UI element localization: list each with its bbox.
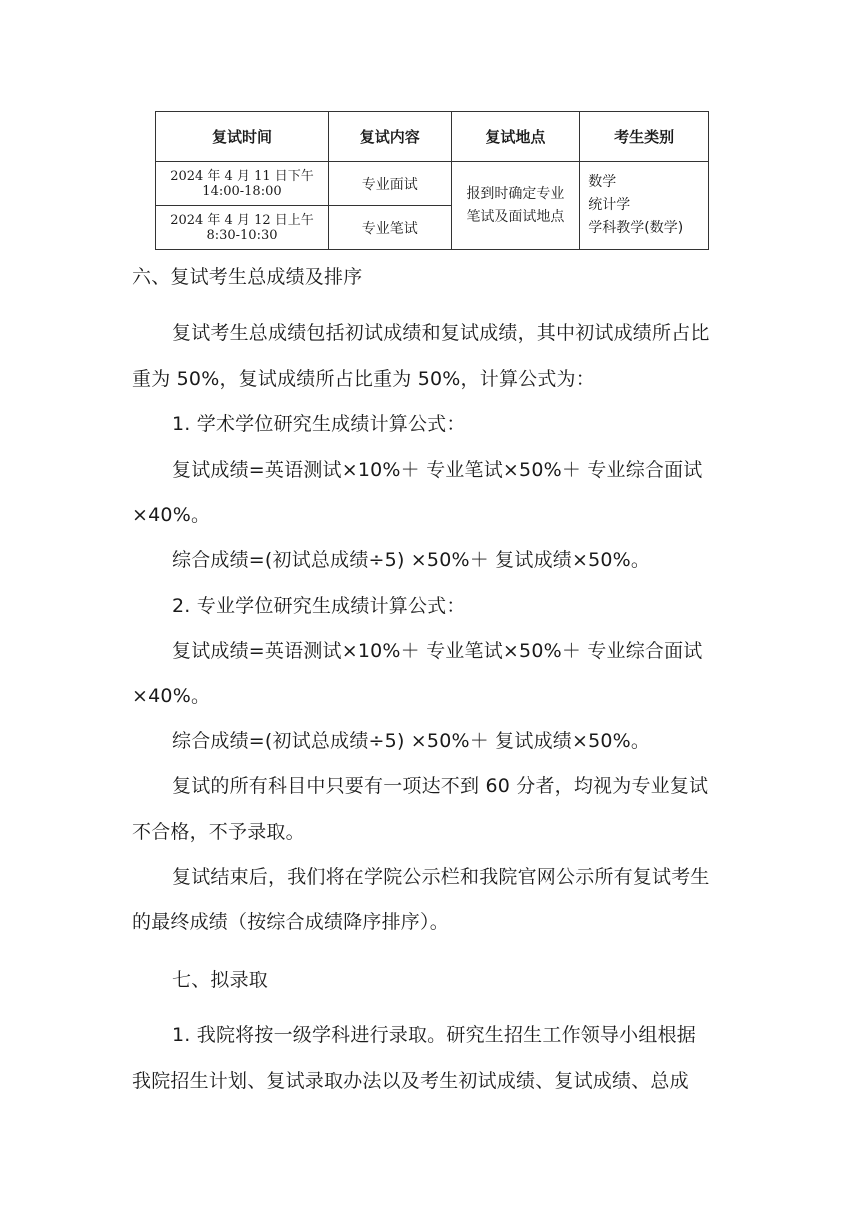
retest-time-cell: 2024 年 4 月 12 日上午 8:30-10:30 bbox=[156, 206, 329, 250]
retest-date: 2024 年 4 月 11 日下午 bbox=[156, 169, 328, 184]
admission-item-1-line-1: 1. 我院将按一级学科进行录取。研究生招生工作领导小组根据 bbox=[172, 1020, 696, 1047]
professional-formula-heading: 2. 专业学位研究生成绩计算公式： bbox=[172, 591, 466, 618]
retest-date: 2024 年 4 月 12 日上午 bbox=[156, 213, 328, 228]
section-7-title: 七、拟录取 bbox=[172, 965, 268, 992]
retest-time-cell: 2024 年 4 月 11 日下午 14:00-18:00 bbox=[156, 162, 329, 206]
section-6-intro-line-1: 复试考生总成绩包括初试成绩和复试成绩，其中初试成绩所占比 bbox=[172, 318, 710, 345]
header-retest-content: 复试内容 bbox=[328, 112, 451, 162]
location-line: 报到时确定专业 bbox=[452, 183, 580, 206]
location-line: 笔试及面试地点 bbox=[452, 206, 580, 229]
table-row: 2024 年 4 月 11 日下午 14:00-18:00 专业面试 报到时确定… bbox=[156, 162, 709, 206]
academic-retest-formula-line-2: ×40%。 bbox=[132, 500, 210, 527]
section-6-intro-line-2: 重为 50%，复试成绩所占比重为 50%，计算公式为： bbox=[132, 364, 595, 391]
retest-time-range: 14:00-18:00 bbox=[156, 184, 328, 199]
header-retest-location: 复试地点 bbox=[451, 112, 580, 162]
professional-retest-formula-line-1: 复试成绩=英语测试×10%＋ 专业笔试×50%＋ 专业综合面试 bbox=[172, 636, 703, 663]
publish-notice-line-1: 复试结束后，我们将在学院公示栏和我院官网公示所有复试考生 bbox=[172, 862, 710, 889]
category-item: 统计学 bbox=[588, 194, 708, 217]
academic-formula-heading: 1. 学术学位研究生成绩计算公式： bbox=[172, 409, 466, 436]
retest-content-cell: 专业笔试 bbox=[328, 206, 451, 250]
professional-composite-formula: 综合成绩=(初试总成绩÷5) ×50%＋ 复试成绩×50%。 bbox=[172, 726, 650, 753]
academic-retest-formula-line-1: 复试成绩=英语测试×10%＋ 专业笔试×50%＋ 专业综合面试 bbox=[172, 455, 703, 482]
category-item: 数学 bbox=[588, 171, 708, 194]
category-item: 学科教学(数学) bbox=[588, 217, 708, 240]
document-page: 复试时间 复试内容 复试地点 考生类别 2024 年 4 月 11 日下午 14… bbox=[0, 0, 864, 1222]
retest-location-cell: 报到时确定专业 笔试及面试地点 bbox=[451, 162, 580, 250]
academic-composite-formula: 综合成绩=(初试总成绩÷5) ×50%＋ 复试成绩×50%。 bbox=[172, 545, 650, 572]
section-6-title: 六、复试考生总成绩及排序 bbox=[132, 262, 362, 289]
candidate-category-cell: 数学 统计学 学科教学(数学) bbox=[580, 162, 709, 250]
fail-rule-line-1: 复试的所有科目中只要有一项达不到 60 分者，均视为专业复试 bbox=[172, 771, 708, 798]
admission-item-1-line-2: 我院招生计划、复试录取办法以及考生初试成绩、复试成绩、总成 bbox=[132, 1066, 689, 1093]
retest-content-cell: 专业面试 bbox=[328, 162, 451, 206]
table-header-row: 复试时间 复试内容 复试地点 考生类别 bbox=[156, 112, 709, 162]
fail-rule-line-2: 不合格，不予录取。 bbox=[132, 817, 305, 844]
header-candidate-category: 考生类别 bbox=[580, 112, 709, 162]
retest-schedule-table: 复试时间 复试内容 复试地点 考生类别 2024 年 4 月 11 日下午 14… bbox=[155, 111, 709, 250]
publish-notice-line-2: 的最终成绩（按综合成绩降序排序）。 bbox=[132, 907, 449, 934]
header-retest-time: 复试时间 bbox=[156, 112, 329, 162]
retest-time-range: 8:30-10:30 bbox=[156, 228, 328, 243]
professional-retest-formula-line-2: ×40%。 bbox=[132, 681, 210, 708]
